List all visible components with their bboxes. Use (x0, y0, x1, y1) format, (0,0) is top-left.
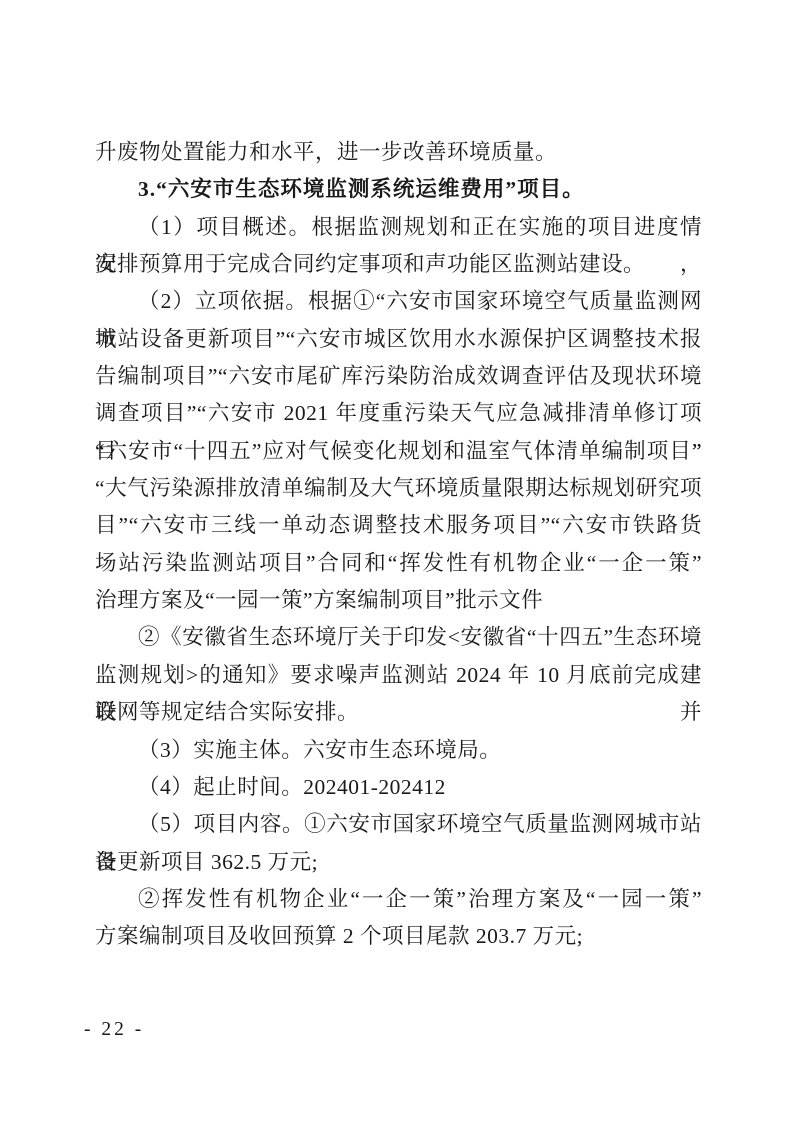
text-line: 告编制项目”“六安市尾矿库污染防治成效调查评估及现状环境 (95, 358, 702, 395)
text-line: 调查项目”“六安市 2021 年度重污染天气应急减排清单修订项目” (95, 395, 702, 432)
text-line: 场站污染监测站项目”合同和“挥发性有机物企业“一企一策” (95, 545, 702, 582)
text-line: 治理方案及“一园一策”方案编制项目”批示文件 (95, 582, 702, 619)
text-line: ②挥发性有机物企业“一企一策”治理方案及“一园一策” (95, 881, 702, 918)
text-line: 方案编制项目及收回预算 2 个项目尾款 203.7 万元; (95, 918, 702, 955)
text-line: 市站设备更新项目”“六安市城区饮用水水源保护区调整技术报 (95, 321, 702, 358)
text-line: “大气污染源排放清单编制及大气环境质量限期达标规划研究项 (95, 470, 702, 507)
text-line: （2）立项依据。根据①“六安市国家环境空气质量监测网城 (95, 283, 702, 320)
text-line: 监测规划>的通知》要求噪声监测站 2024 年 10 月底前完成建设并 (95, 657, 702, 694)
text-line: 升废物处置能力和水平，进一步改善环境质量。 (95, 134, 702, 171)
text-line: （3）实施主体。六安市生态环境局。 (95, 732, 702, 769)
text-line: 目”“六安市三线一单动态调整技术服务项目”“六安市铁路货 (95, 507, 702, 544)
text-line: （4）起止时间。202401-202412 (95, 769, 702, 806)
page-number: - 22 - (84, 1019, 144, 1041)
text-line: “六安市“十四五”应对气候变化规划和温室气体清单编制项目” (95, 433, 702, 470)
text-line: （1）项目概述。根据监测规划和正在实施的项目进度情况， (95, 209, 702, 246)
document-body: 升废物处置能力和水平，进一步改善环境质量。3.“六安市生态环境监测系统运维费用”… (95, 134, 702, 956)
text-line: （5）项目内容。①六安市国家环境空气质量监测网城市站设 (95, 806, 702, 843)
heading-line: 3.“六安市生态环境监测系统运维费用”项目。 (95, 171, 702, 208)
document-page: 升废物处置能力和水平，进一步改善环境质量。3.“六安市生态环境监测系统运维费用”… (0, 0, 793, 1122)
text-line: 备更新项目 362.5 万元; (95, 844, 702, 881)
text-line: ②《安徽省生态环境厅关于印发<安徽省“十四五”生态环境 (95, 619, 702, 656)
text-line: 安排预算用于完成合同约定事项和声功能区监测站建设。 (95, 246, 702, 283)
